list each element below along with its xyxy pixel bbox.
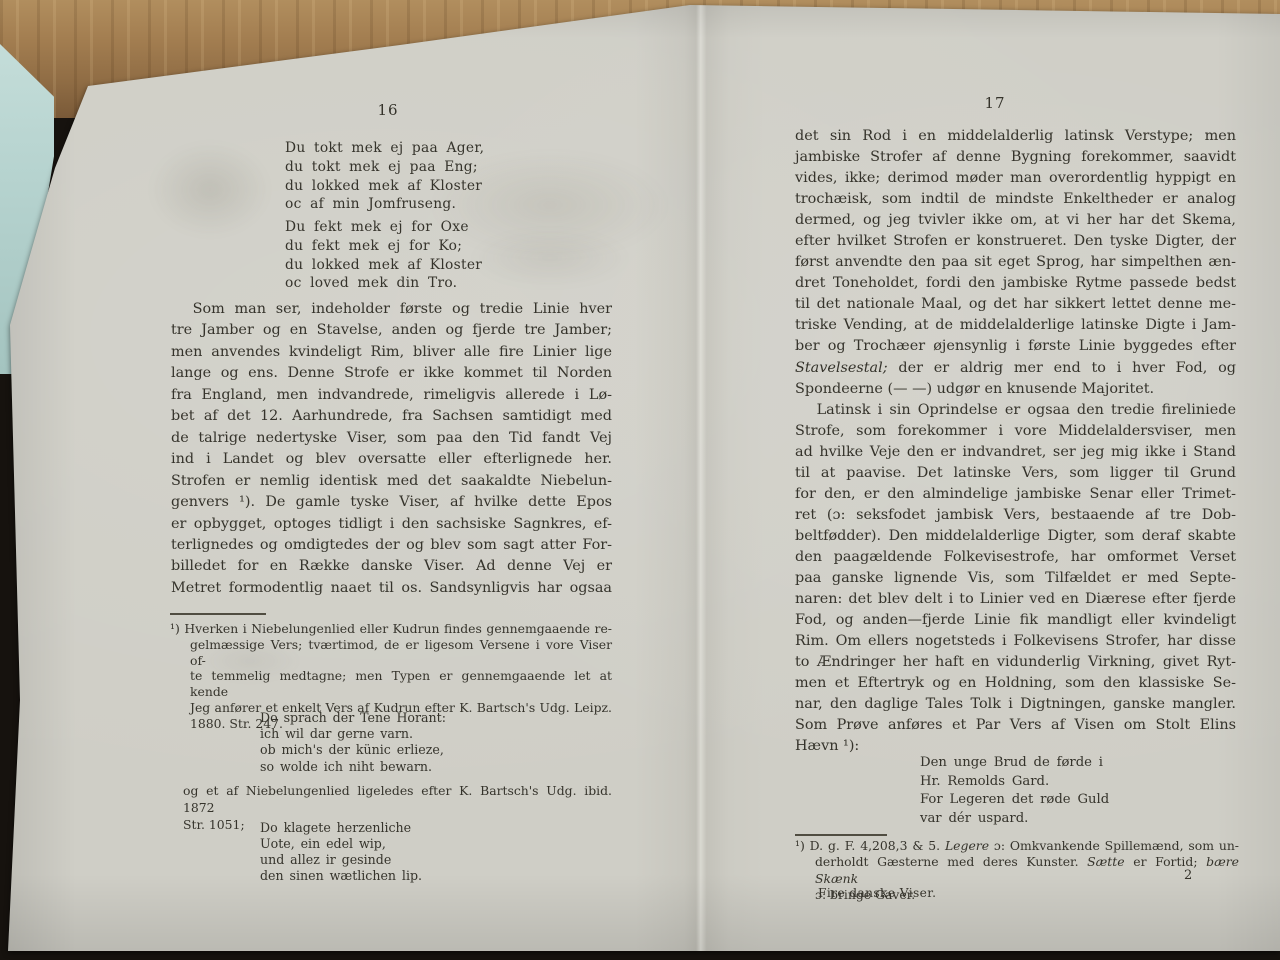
text-line: oc loved mek din Tro. xyxy=(285,274,482,293)
text-line: og et af Niebelungenlied ligeledes efter… xyxy=(183,783,612,817)
text-line: er opbygget, optoges tidligt i den sachs… xyxy=(171,514,612,535)
text-line: Den unge Brud de førde i xyxy=(920,754,1109,773)
text-line: det sin Rod i en middelalderlig latinsk … xyxy=(795,126,1236,147)
text-line: und allez ir gesinde xyxy=(260,852,422,868)
text-line: Rim. Om ellers nogetsteds i Folkevisens … xyxy=(795,631,1236,652)
text-line: triske Vending, at de middelalderlige la… xyxy=(795,315,1236,336)
text-line: for den, er den almindelige jambiske Sen… xyxy=(795,484,1236,505)
text-line: ind i Landet og blev oversatte eller eft… xyxy=(171,449,612,470)
text-line: Strofen er nemlig identisk med det saaka… xyxy=(171,471,612,492)
page-17-body-text: det sin Rod i en middelalderlig latinsk … xyxy=(795,126,1236,757)
text-line: gelmæssige Vers; tværtimod, de er ligeso… xyxy=(190,637,612,669)
text-line: Du fekt mek ej for Oxe xyxy=(285,218,482,237)
footnote-separator-rule xyxy=(170,613,266,615)
text-line: Hr. Remolds Gard. xyxy=(920,773,1109,792)
page-number-17: 17 xyxy=(973,94,1017,112)
photographed-book-spread: { "colors": { "paper": "#cfcec6", "ink":… xyxy=(0,0,1280,960)
text-line: derholdt Gæsterne med deres Kunster. Sæt… xyxy=(815,854,1239,887)
text-line: Fod, og anden—fjerde Linie fik mandligt … xyxy=(795,610,1236,631)
text-line: beltfødder). Den middelalderlige Digter,… xyxy=(795,526,1236,547)
text-line: var dér uspard. xyxy=(920,810,1109,829)
text-line: dret Toneholdet, fordi den jambiske Rytm… xyxy=(795,273,1236,294)
text-line: først anvendte den paa sit eget Sprog, h… xyxy=(795,252,1236,273)
text-line: nar, den daglige Tales Tolk i Digtningen… xyxy=(795,694,1236,715)
text-line: fra England, men indvandrede, rimeligvis… xyxy=(171,385,612,406)
text-line: vides, ikke; derimod møder man overorden… xyxy=(795,168,1236,189)
text-line: Som Prøve anføres et Par Vers af Visen o… xyxy=(795,715,1236,736)
text-line: men anvendes kvindeligt Rim, bliver alle… xyxy=(171,342,612,363)
text-line: ret (ɔ: seksfodet jambisk Vers, bestaaen… xyxy=(795,505,1236,526)
text-line: te temmelig medtagne; men Typen er genne… xyxy=(190,668,612,700)
signature-line-title: Fire danske Viser. xyxy=(818,886,936,900)
text-line: ¹) Hverken i Niebelungenlied eller Kudru… xyxy=(190,621,612,637)
text-line: du lokked mek af Kloster xyxy=(285,256,482,275)
text-line: Uote, ein edel wip, xyxy=(260,836,422,852)
text-line: Metret formodentlig naaet til os. Sandsy… xyxy=(171,578,612,599)
opening-verse-stanza-2: Du fekt mek ej for Oxedu fekt mek ej for… xyxy=(285,218,482,293)
footnote-separator-rule xyxy=(795,834,887,836)
text-line: Som man ser, indeholder første og tredie… xyxy=(171,299,612,320)
nibelungenlied-quote-verse: Do klagete herzenlicheUote, ein edel wip… xyxy=(260,820,422,884)
text-line: tre Jamber og en Stavelse, anden og fjer… xyxy=(171,320,612,341)
text-line: du tokt mek ej paa Eng; xyxy=(285,158,484,177)
kudrun-quote-verse: Do sprach der Tene Horant:ich wil dar ge… xyxy=(260,710,446,775)
text-line: to Ændringer her haft en vidunderlig Vir… xyxy=(795,652,1236,673)
text-line: billedet for en Række danske Viser. Ad d… xyxy=(171,556,612,577)
text-line: den paagældende Folkevisestrofe, har omf… xyxy=(795,547,1236,568)
text-line: ber og Trochæer øjensynlig i første Lini… xyxy=(795,336,1236,357)
book-gutter-crease xyxy=(634,0,766,960)
text-line: ad hvilke Veje den er indvandret, ser je… xyxy=(795,442,1236,463)
text-line: men et Eftertryk og en Holdning, som den… xyxy=(795,673,1236,694)
text-line: oc af min Jomfruseng. xyxy=(285,195,484,214)
text-line: lange og ens. Denne Strofe er ikke komme… xyxy=(171,363,612,384)
show-through-smudge xyxy=(470,228,630,288)
text-line: bet af det 12. Aarhundrede, fra Sachsen … xyxy=(171,406,612,427)
text-line: de talrige nedertyske Viser, som paa den… xyxy=(171,428,612,449)
text-line: Latinsk i sin Oprindelse er ogsaa den tr… xyxy=(795,400,1236,421)
text-line: til at paavise. Det latinske Vers, som l… xyxy=(795,463,1236,484)
book-pages-wrapper: 16 Du tokt mek ej paa Ager,du tokt mek e… xyxy=(0,0,1280,960)
text-line: den sinen wætlichen lip. xyxy=(260,868,422,884)
text-line: jambiske Strofer af denne Bygning foreko… xyxy=(795,147,1236,168)
open-book-spread: 16 Du tokt mek ej paa Ager,du tokt mek e… xyxy=(0,0,1280,960)
page-16-body-text: Som man ser, indeholder første og tredie… xyxy=(171,299,612,599)
text-line: du lokked mek af Kloster xyxy=(285,177,484,196)
text-line: til det nationale Maal, og det har sikke… xyxy=(795,294,1236,315)
text-line: paa ganske lignende Vis, som Tilfældet e… xyxy=(795,568,1236,589)
text-line: Spondeerne (— —) udgør en knusende Major… xyxy=(795,379,1236,400)
text-line: For Legeren det røde Guld xyxy=(920,791,1109,810)
text-line: Do klagete herzenliche xyxy=(260,820,422,836)
text-line: dermed, og jeg tvivler ikke om, at vi he… xyxy=(795,210,1236,231)
text-line: ob mich's der künic erlieze, xyxy=(260,742,446,758)
text-line: du fekt mek ej for Ko; xyxy=(285,237,482,256)
text-line: efter hvilket Strofen er konstrueret. De… xyxy=(795,231,1236,252)
text-line: genvers ¹). De gamle tyske Viser, af hvi… xyxy=(171,492,612,513)
page-number-16: 16 xyxy=(366,101,410,119)
text-line: naren: det blev delt i to Linier ved en … xyxy=(795,589,1236,610)
stolt-elins-sample-verse: Den unge Brud de førde iHr. Remolds Gard… xyxy=(920,754,1109,828)
text-line: Strofe, som forekommer i vore Middelalde… xyxy=(795,421,1236,442)
text-line: trochæisk, som indtil de mindste Enkelth… xyxy=(795,189,1236,210)
text-line: Stavelsestal; der er aldrig mer end to i… xyxy=(795,358,1236,379)
text-line: terlignedes og omdigtedes der og blev so… xyxy=(171,535,612,556)
text-line: Du tokt mek ej paa Ager, xyxy=(285,139,484,158)
text-line: so wolde ich niht bewarn. xyxy=(260,759,446,775)
opening-verse-stanza-1: Du tokt mek ej paa Ager,du tokt mek ej p… xyxy=(285,139,484,214)
text-line: Do sprach der Tene Horant: xyxy=(260,710,446,726)
signature-sheet-number: 2 xyxy=(1184,868,1192,883)
text-line: ¹) D. g. F. 4,208,3 & 5. Legere ɔ: Omkva… xyxy=(815,838,1239,854)
text-line: ich wil dar gerne varn. xyxy=(260,726,446,742)
show-through-smudge xyxy=(150,142,270,237)
